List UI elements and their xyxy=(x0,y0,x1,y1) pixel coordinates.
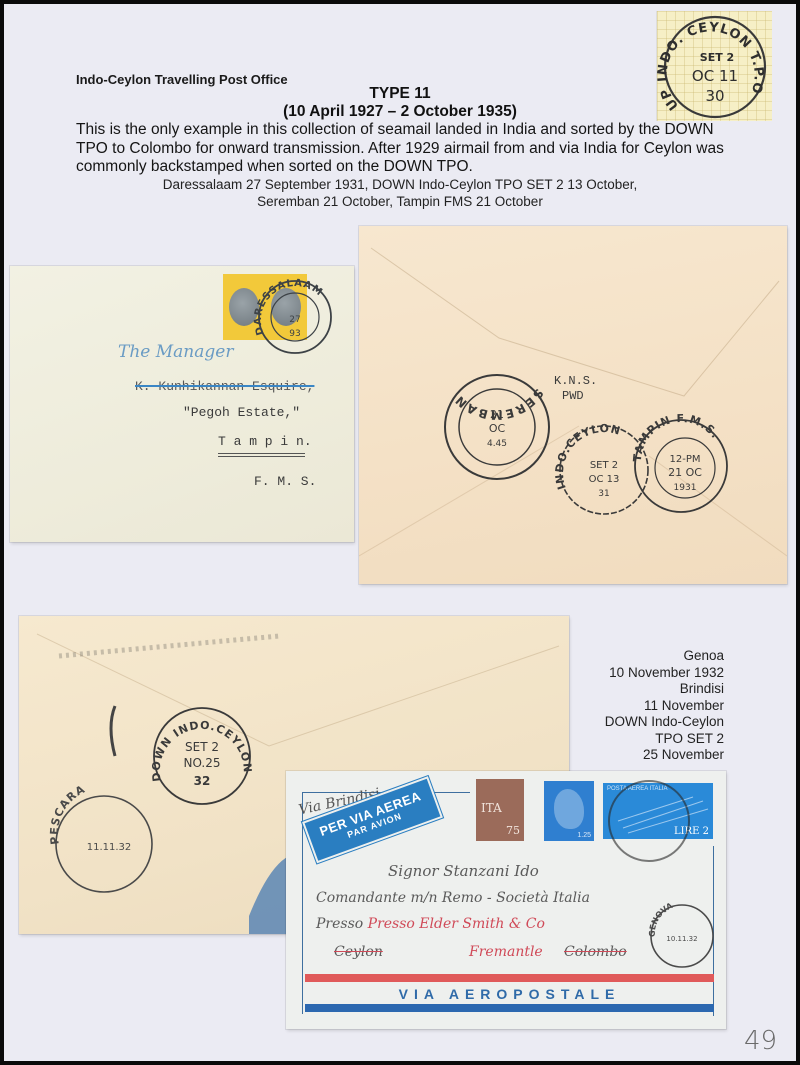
address-struck-colombo: Colombo xyxy=(564,944,627,960)
svg-text:4.45: 4.45 xyxy=(487,439,507,449)
svg-text:21: 21 xyxy=(490,408,504,421)
banner-text: VIA AEROPOSTALE xyxy=(305,986,714,1002)
envelope-flap-lines xyxy=(359,226,787,584)
address-struck-ceylon: Ceylon xyxy=(334,944,383,960)
svg-text:GENOVA: GENOVA xyxy=(648,901,675,937)
stamp-italia-1.25: 1.25 xyxy=(544,781,594,841)
svg-text:32: 32 xyxy=(194,774,211,788)
svg-text:27: 27 xyxy=(289,315,300,325)
italy-cover-caption: Genoa 10 November 1932 Brindisi 11 Novem… xyxy=(605,648,724,764)
postmark-daressalaam-icon: DARESSALAAM 27 93 xyxy=(250,272,340,362)
postmark-type11-icon: UP INDO. CEYLON T.P.O. SET 2 OC 11 30 xyxy=(657,11,773,121)
caption-line-1: Daressalaam 27 September 1931, DOWN Indo… xyxy=(4,176,796,193)
sender-mark-2: PWD xyxy=(562,389,584,403)
address-line-2: Comandante m/n Remo - Società Italia xyxy=(316,890,590,906)
svg-text:SET 2: SET 2 xyxy=(700,51,734,64)
handwritten-manager: The Manager xyxy=(118,342,233,362)
cover-back-1931: K.N.S. PWD SEREMBAN 21 OC 4.45 INDO.CEYL… xyxy=(359,226,787,584)
svg-text:OC 11: OC 11 xyxy=(692,67,738,85)
banner-blue-stripe xyxy=(305,1004,714,1012)
svg-text:SET 2: SET 2 xyxy=(590,460,618,471)
stamp-italia-75c: ITA 75 xyxy=(476,779,524,841)
underline xyxy=(218,453,305,457)
page-number: 49 xyxy=(744,1026,777,1056)
postmark-seremban-icon: SEREMBAN 21 OC 4.45 xyxy=(437,366,559,488)
banner-red-stripe xyxy=(305,974,714,982)
svg-text:1931: 1931 xyxy=(674,483,697,493)
sender-mark-1: K.N.S. xyxy=(554,374,597,388)
svg-text:30: 30 xyxy=(705,87,724,105)
intro-text: This is the only example in this collect… xyxy=(76,121,736,177)
postmark-tampin-icon: TAMPIN F.M.S. 12-PM 21 OC 1931 xyxy=(627,412,735,520)
postmark-genova-icon: GENOVA 10.11.32 xyxy=(647,901,717,971)
address-struck: K. Kunhikannan Esquire, xyxy=(135,379,314,394)
svg-text:PESCARA: PESCARA xyxy=(49,784,88,845)
address-line-4: F. M. S. xyxy=(254,474,316,489)
svg-text:DARESSALAAM: DARESSALAAM xyxy=(253,278,325,337)
postmark-down-indo-ceylon-icon: DOWN INDO.CEYLON TPO SET 2 NO.25 32 xyxy=(147,701,257,811)
svg-text:SET 2: SET 2 xyxy=(185,740,219,754)
svg-text:OC: OC xyxy=(489,422,506,435)
svg-text:11.11.32: 11.11.32 xyxy=(87,842,132,853)
address-fremantle: Fremantle xyxy=(469,944,543,960)
svg-text:21 OC: 21 OC xyxy=(668,466,702,479)
address-line-2: "Pegoh Estate," xyxy=(183,405,300,420)
cover-front-daressalaam: DARESSALAAM 27 93 The Manager K. Kunhika… xyxy=(10,266,354,542)
address-line-3: T a m p i n. xyxy=(218,434,312,449)
type-sample-postmark: UP INDO. CEYLON T.P.O. SET 2 OC 11 30 xyxy=(656,11,772,121)
caption-line-2: Seremban 21 October, Tampin FMS 21 Octob… xyxy=(4,193,796,210)
address-line-1: Signor Stanzani Ido xyxy=(388,862,539,880)
album-page: Indo-Ceylon Travelling Post Office TYPE … xyxy=(4,4,796,1061)
svg-text:NO.25: NO.25 xyxy=(183,756,220,770)
cover-caption: Daressalaam 27 September 1931, DOWN Indo… xyxy=(4,176,796,210)
svg-text:12-PM: 12-PM xyxy=(670,454,701,465)
svg-text:93: 93 xyxy=(289,329,300,339)
svg-text:OC 13: OC 13 xyxy=(589,474,620,485)
svg-text:10.11.32: 10.11.32 xyxy=(666,935,697,943)
address-line-3: Presso Presso Elder Smith & Co xyxy=(316,916,545,932)
svg-text:31: 31 xyxy=(598,489,609,499)
postmark-pescara-icon: PESCARA 11.11.32 xyxy=(49,784,159,894)
postmark-over-stamps-icon xyxy=(604,776,694,866)
